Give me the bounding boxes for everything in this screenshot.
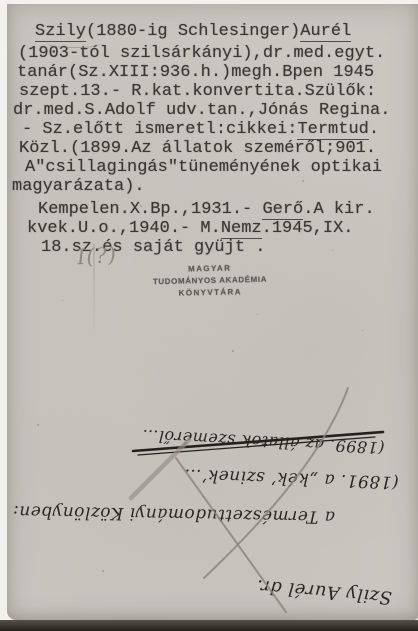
paper-speck: [62, 300, 63, 301]
paper-speck: [167, 524, 168, 525]
typed-line: kvek.U.o.,1940.- M.Nemz.1945,IX.: [27, 219, 418, 238]
paper-speck: [140, 205, 142, 207]
paper-speck: [52, 180, 53, 181]
typed-segment: Kempelen.X.Bp.,1931.-: [38, 200, 262, 219]
typed-segment: szept.13.- R.kat.konvertita.Szülők:: [19, 82, 376, 101]
underlined-text: Aurél: [300, 22, 351, 42]
paper-speck: [77, 124, 78, 125]
typed-segment: - Sz.előtt ismeretl:cikkei:: [22, 120, 297, 139]
pencil-smudge: [47, 37, 101, 48]
paper-speck: [102, 570, 104, 572]
typed-segment: Közl.(1899.Az állatok szeméről;901.: [19, 139, 376, 158]
library-stamp: MAGYAR TUDOMÁNYOS AKADÉMIA KÖNYVTÁRA: [139, 262, 282, 301]
typed-line: Kempelen.X.Bp.,1931.- Gerő.A kir.: [38, 200, 418, 219]
typed-segment: magyarázata).: [12, 177, 145, 196]
typed-segment: A"csillagingás"tüneményének optikai: [25, 158, 382, 177]
paper-speck: [217, 94, 218, 95]
card-paper: Szily(1880-ig Schlesinger)Aurél(1903-tól…: [7, 4, 418, 620]
typed-segment: tanár(Sz.XIII:936.h.)megh.Bpen 1945: [17, 63, 374, 82]
paper-speck: [257, 314, 258, 315]
typed-line: tanár(Sz.XIII:936.h.)megh.Bpen 1945: [17, 63, 418, 82]
typed-line: A"csillagingás"tüneményének optikai: [25, 158, 418, 177]
typed-segment: 18.sz.és saját gyüjt .: [41, 238, 265, 257]
typed-line: Közl.(1899.Az állatok szeméről;901.: [19, 139, 418, 158]
paper-speck: [387, 104, 388, 105]
paper-speck: [302, 180, 304, 182]
paper-speck: [332, 250, 333, 251]
typed-segment: dr.med.S.Adolf udv.tan.,Jónás Regina.: [13, 101, 390, 120]
paper-speck: [37, 424, 39, 426]
typed-line: dr.med.S.Adolf udv.tan.,Jónás Regina.: [13, 101, 418, 120]
scan-shadow-edge: [0, 620, 418, 631]
typed-line: - Sz.előtt ismeretl:cikkei:Termtud.: [22, 120, 418, 139]
scanned-card: Szily(1880-ig Schlesinger)Aurél(1903-tól…: [0, 0, 418, 631]
paper-speck: [362, 330, 363, 331]
typed-line: magyarázata).: [12, 177, 418, 196]
typed-segment: (1880-ig Schlesinger): [86, 22, 300, 41]
underlined-text: Nemz: [221, 219, 262, 239]
typed-segment: .: [369, 120, 379, 139]
underlined-text: Gerő: [262, 200, 303, 220]
handwritten-line: a Természettudományi Közlönyben:: [13, 487, 336, 527]
typed-line: szept.13.- R.kat.konvertita.Szülők:: [19, 82, 418, 101]
paper-speck: [232, 350, 234, 352]
typed-segment: .A kir.: [303, 200, 374, 219]
handwritten-signature: Szily Aurél dr.: [206, 552, 395, 608]
typed-segment: .1945,IX.: [262, 219, 354, 238]
pencil-annotation: I(?): [76, 243, 118, 270]
typed-text: Szily(1880-ig Schlesinger)Aurél(1903-tól…: [7, 22, 418, 257]
typed-segment: kvek.U.o.,1940.- M.: [27, 219, 221, 238]
underlined-text: Termtud: [297, 120, 368, 140]
